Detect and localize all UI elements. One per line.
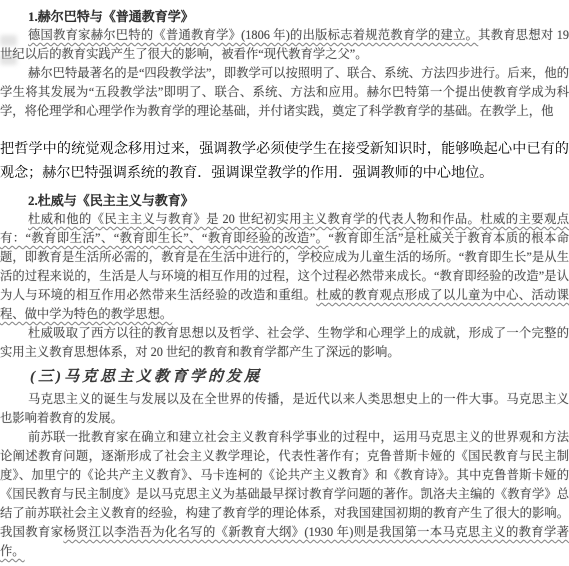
body-text: 前苏联一批教育家在确立和建立社会主义教育科学事业的过程中，运用马克思主义的世界观… xyxy=(0,430,569,539)
paragraph-marxism-intro: 马克思主义的诞生与发展以及在全世界的传播，是近代以来人类思想史上的一件大事。马克… xyxy=(0,390,569,428)
document-content: 1.赫尔巴特与《普通教育学》德国教育家赫尔巴特的《普通教育学》(1806 年)的… xyxy=(0,7,569,561)
emphasized-underlined-text: 德国教育家赫尔巴特的《普通教育学》(1806 年)的出版标志着规范教育学的建立。 xyxy=(28,28,478,42)
page-bleed-artifact xyxy=(0,54,17,65)
body-text: 把哲学中的统觉观念移用过来，强调教学必须使学生在接受新知识时，能够唤起心中已有的… xyxy=(0,141,569,181)
emphasized-underlined-text: 杨贤江以李浩吾为化名写的《新教育大纲》(1930 年)则是我国第一本马克思主义的… xyxy=(0,525,569,558)
body-text: 杜威吸取了西方以往的教育思想以及哲学、社会学、生物学和心理学上的成就，形成了一个… xyxy=(0,326,569,359)
page-bleed-artifact xyxy=(0,35,17,46)
paragraph-herbart-method: 赫尔巴特最著名的是“四段教学法”，即教学可以按照明了、联合、系统、方法四步进行。… xyxy=(0,64,569,121)
section-heading-marxist: (三)马克思主义教育学的发展 xyxy=(0,366,569,389)
paragraph-dewey-influence: 杜威吸取了西方以往的教育思想以及哲学、社会学、生物学和心理学上的成就，形成了一个… xyxy=(0,324,569,362)
section-heading-herbart: 1.赫尔巴特与《普通教育学》 xyxy=(0,7,569,26)
section-heading-dewey: 2.杜威与《民主主义与教育》 xyxy=(0,191,569,210)
body-text: 马克思主义的诞生与发展以及在全世界的传播，是近代以来人类思想史上的一件大事。马克… xyxy=(0,392,569,425)
paragraph-dewey-views: 杜威和他的《民主主义与教育》是 20 世纪初实用主义教育学的代表人物和作品。杜威… xyxy=(0,210,569,324)
paragraph-soviet-educators: 前苏联一批教育家在确立和建立社会主义教育科学事业的过程中，运用马克思主义的世界观… xyxy=(0,428,569,561)
document-page: 1.赫尔巴特与《普通教育学》德国教育家赫尔巴特的《普通教育学》(1806 年)的… xyxy=(0,0,569,566)
paragraph-herbart-intro: 德国教育家赫尔巴特的《普通教育学》(1806 年)的出版标志着规范教育学的建立。… xyxy=(0,26,569,64)
overlay-note-apperception: 把哲学中的统觉观念移用过来，强调教学必须使学生在接受新知识时，能够唤起心中已有的… xyxy=(0,137,569,185)
body-text: 赫尔巴特最著名的是“四段教学法”，即教学可以按照明了、联合、系统、方法四步进行。… xyxy=(0,66,569,118)
